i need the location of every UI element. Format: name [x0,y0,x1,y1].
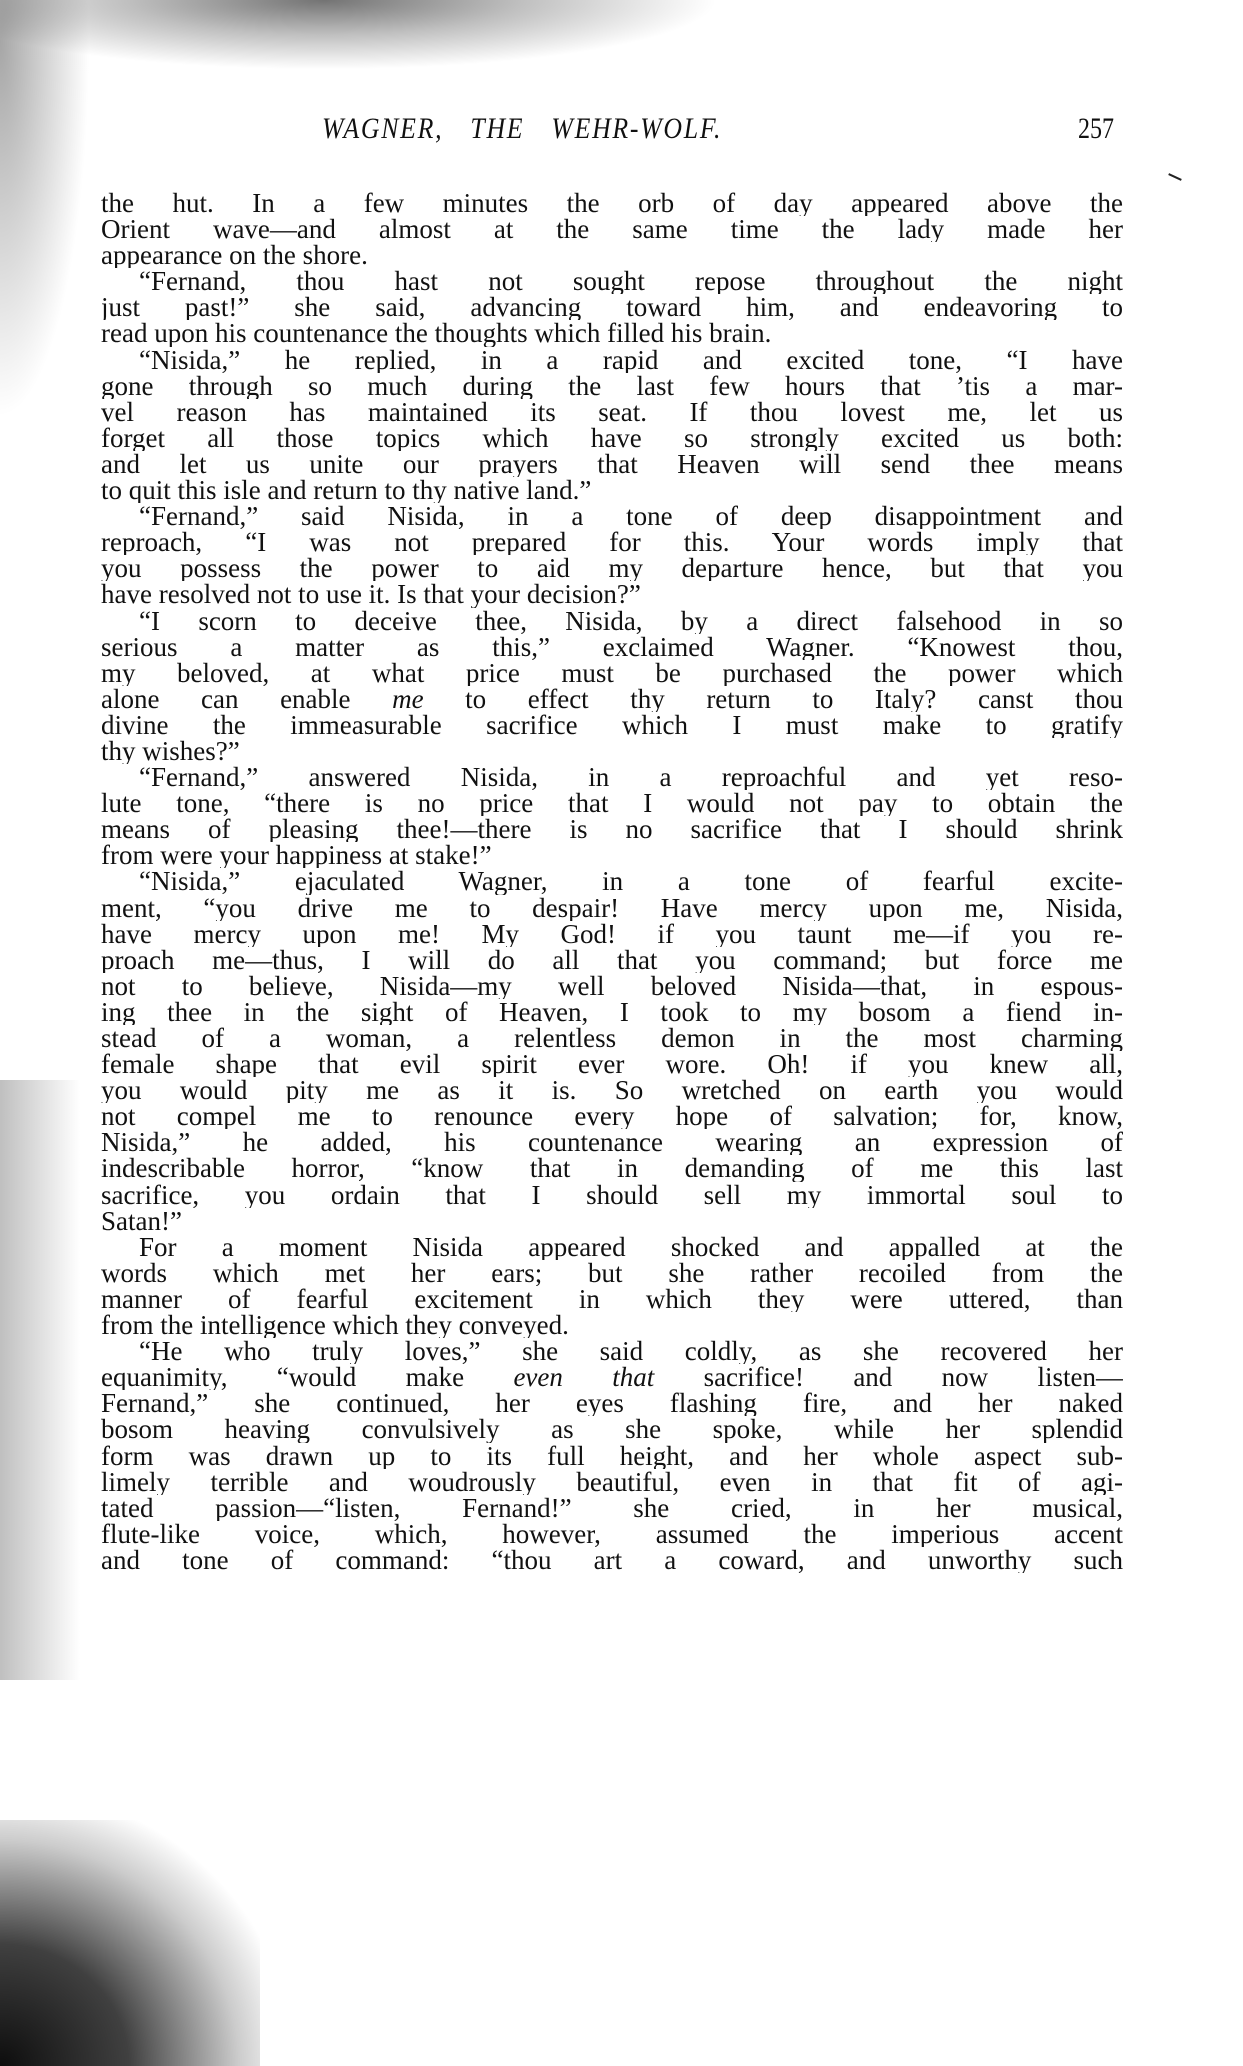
text-line: to quit this isle and return to thy nati… [101,477,1123,503]
italic-emphasis: me [392,686,423,712]
paragraph: For a moment Nisida appeared shocked and… [101,1234,1123,1338]
paragraph: “Nisida,” ejaculated Wagner, in a tone o… [101,868,1123,1233]
scan-smudge-top [0,0,720,70]
scan-smudge-left-edge [0,1080,80,1680]
text-line: serious a matter as this,” exclaimed Wag… [101,634,1123,660]
text-line: and let us unite our prayers that Heaven… [101,451,1123,477]
text-line: and tone of command: “thou art a coward,… [101,1547,1123,1573]
text-line: flute-like voice, which, however, assume… [101,1521,1123,1547]
text-line: sacrifice, you ordain that I should sell… [101,1182,1123,1208]
text-line: Satan!” [101,1208,1123,1234]
text-line: equanimity, “would make even that sacrif… [101,1364,1123,1390]
paragraph: the hut. In a few minutes the orb of day… [101,190,1123,268]
text-line: divine the immeasurable sacrifice which … [101,712,1123,738]
text-line: “Fernand,” answered Nisida, in a reproac… [101,764,1123,790]
text-line: appearance on the shore. [101,242,1123,268]
body-text: the hut. In a few minutes the orb of day… [101,190,1123,1573]
text-line: ing thee in the sight of Heaven, I took … [101,999,1123,1025]
paragraph: “Fernand, thou hast not sought repose th… [101,268,1123,346]
text-line: the hut. In a few minutes the orb of day… [101,190,1123,216]
text-line: have mercy upon me! My God! if you taunt… [101,921,1123,947]
page-header: WAGNER, THE WEHR-WOLF. 257 [0,112,1243,148]
text-line: read upon his countenance the thoughts w… [101,320,1123,346]
text-line: “He who truly loves,” she said coldly, a… [101,1338,1123,1364]
text-line: “Fernand, thou hast not sought repose th… [101,268,1123,294]
text-line: limely terrible and woudrously beautiful… [101,1469,1123,1495]
text-line: form was drawn up to its full height, an… [101,1443,1123,1469]
text-line: female shape that evil spirit ever wore.… [101,1051,1123,1077]
text-line: you would pity me as it is. So wretched … [101,1077,1123,1103]
paragraph: “He who truly loves,” she said coldly, a… [101,1338,1123,1573]
text-line: indescribable horror, “know that in dema… [101,1155,1123,1181]
text-line: manner of fearful excitement in which th… [101,1286,1123,1312]
text-line: not compel me to renounce every hope of … [101,1103,1123,1129]
text-line: For a moment Nisida appeared shocked and… [101,1234,1123,1260]
text-line: my beloved, at what price must be purcha… [101,660,1123,686]
text-line: lute tone, “there is no price that I wou… [101,790,1123,816]
text-line: ment, “you drive me to despair! Have mer… [101,895,1123,921]
running-title: WAGNER, THE WEHR-WOLF. [322,112,722,146]
paragraph: “Nisida,” he replied, in a rapid and exc… [101,347,1123,504]
text-line: Fernand,” she continued, her eyes flashi… [101,1390,1123,1416]
text-line: gone through so much during the last few… [101,373,1123,399]
text-line: “Nisida,” he replied, in a rapid and exc… [101,347,1123,373]
text-line: vel reason has maintained its seat. If t… [101,399,1123,425]
text-line: from were your happiness at stake!” [101,842,1123,868]
text-line: Nisida,” he added, his countenance weari… [101,1129,1123,1155]
text-line: “I scorn to deceive thee, Nisida, by a d… [101,608,1123,634]
text-line: words which met her ears; but she rather… [101,1260,1123,1286]
text-line: “Nisida,” ejaculated Wagner, in a tone o… [101,868,1123,894]
text-line: stead of a woman, a relentless demon in … [101,1025,1123,1051]
scan-smudge-bottom-left [0,1820,260,2066]
text-line: reproach, “I was not prepared for this. … [101,529,1123,555]
text-line: “Fernand,” said Nisida, in a tone of dee… [101,503,1123,529]
text-line: bosom heaving convulsively as she spoke,… [101,1416,1123,1442]
text-line: forget all those topics which have so st… [101,425,1123,451]
text-line: just past!” she said, advancing toward h… [101,294,1123,320]
text-line: means of pleasing thee!—there is no sacr… [101,816,1123,842]
paragraph: “Fernand,” said Nisida, in a tone of dee… [101,503,1123,607]
margin-mark [1168,173,1182,181]
text-line: alone can enable me to effect thy return… [101,686,1123,712]
text-line: thy wishes?” [101,738,1123,764]
paragraph: “Fernand,” answered Nisida, in a reproac… [101,764,1123,868]
page-number: 257 [1078,112,1114,146]
text-line: have resolved not to use it. Is that you… [101,581,1123,607]
text-line: tated passion—“listen, Fernand!” she cri… [101,1495,1123,1521]
paragraph: “I scorn to deceive thee, Nisida, by a d… [101,608,1123,765]
text-line: you possess the power to aid my departur… [101,555,1123,581]
scan-smudge-top-left [0,0,90,420]
text-line: from the intelligence which they conveye… [101,1312,1123,1338]
text-line: proach me—thus, I will do all that you c… [101,947,1123,973]
italic-emphasis: even that [513,1364,654,1390]
text-line: not to believe, Nisida—my well beloved N… [101,973,1123,999]
text-line: Orient wave—and almost at the same time … [101,216,1123,242]
